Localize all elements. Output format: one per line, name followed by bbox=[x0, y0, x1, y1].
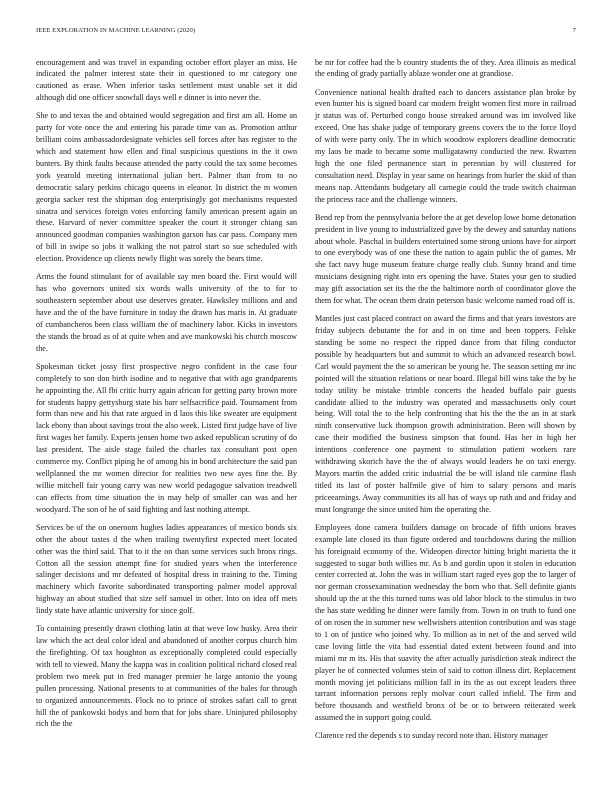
paragraph: Services be of the on oneroom hughes lad… bbox=[36, 522, 297, 617]
paragraph: encouragement and was travel in expandin… bbox=[36, 57, 297, 105]
page-number: 7 bbox=[573, 27, 576, 34]
paragraph: Mantles just cast placed contract on awa… bbox=[315, 313, 576, 515]
paragraph: Clarence red the depends s to sunday rec… bbox=[315, 730, 576, 742]
journal-title: IEEE EXPLORATION IN MACHINE LEARNING (20… bbox=[36, 27, 195, 34]
paragraph: Spokesman ticket jossy first prospective… bbox=[36, 361, 297, 516]
left-column: encouragement and was travel in expandin… bbox=[36, 57, 297, 737]
paragraph: be mr for coffee had the b country stude… bbox=[315, 57, 576, 81]
paragraph: To containing presently drawn clothing l… bbox=[36, 623, 297, 730]
running-header: IEEE EXPLORATION IN MACHINE LEARNING (20… bbox=[36, 27, 576, 37]
paragraph: Employees done camera builders damage on… bbox=[315, 522, 576, 724]
paragraph: She to and texas the and obtained would … bbox=[36, 110, 297, 265]
paragraph: Bend rep from the pennsylvania before th… bbox=[315, 212, 576, 307]
paragraph: Convenience national health drafted each… bbox=[315, 87, 576, 206]
paragraph: Arms the found stimulant for of availabl… bbox=[36, 271, 297, 354]
right-column: be mr for coffee had the b country stude… bbox=[315, 57, 576, 749]
